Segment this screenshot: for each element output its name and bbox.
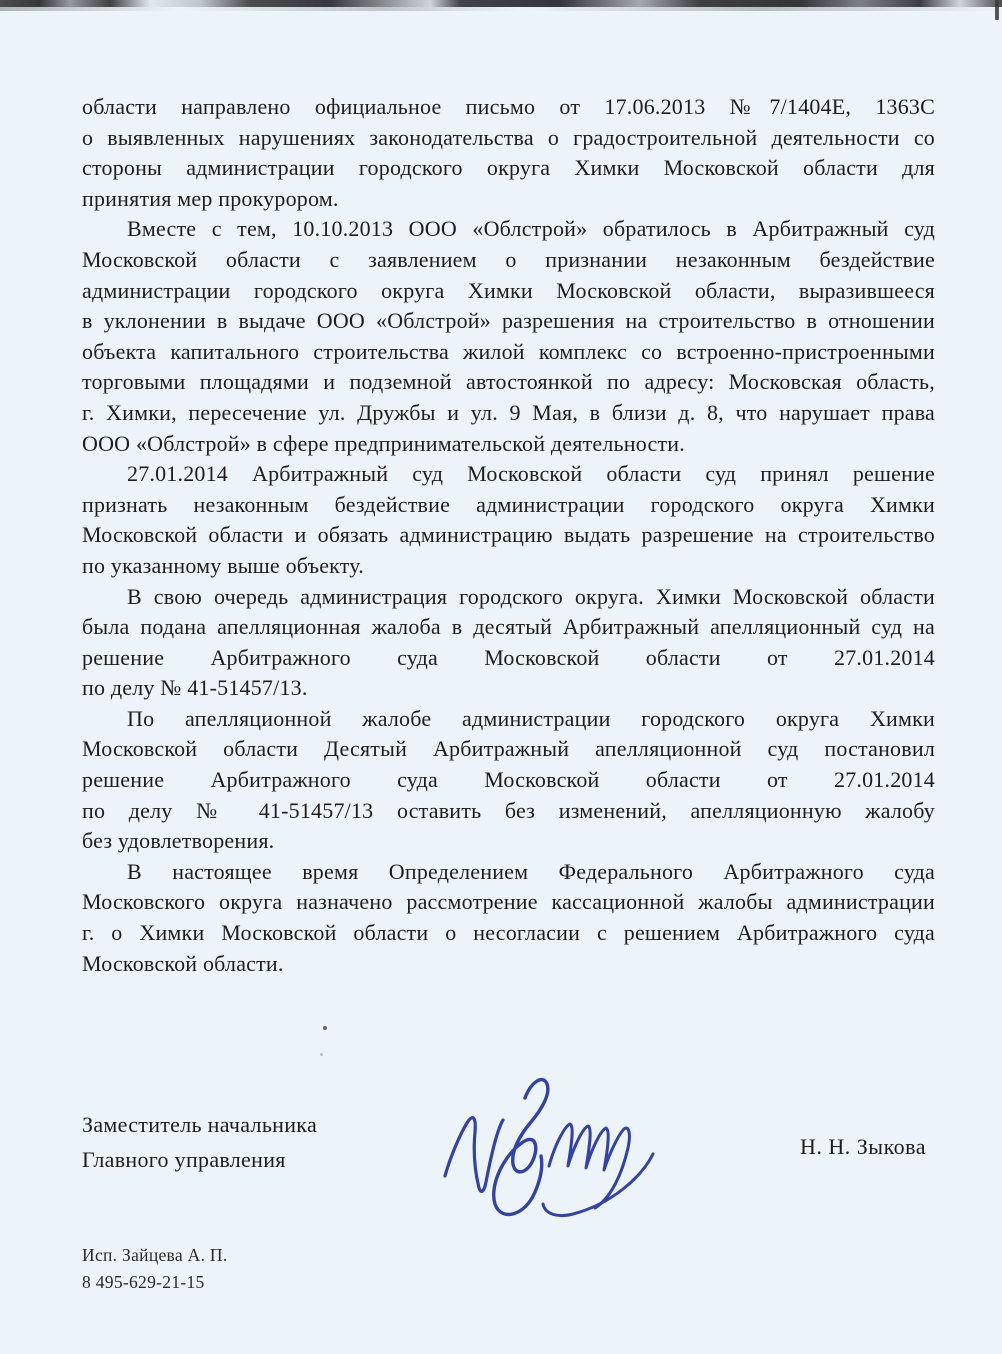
text-line: По апелляционной жалобе администрации го… [82, 704, 935, 735]
text-line: принятия мер прокурором. [82, 184, 935, 215]
scan-corner-artifact [995, 0, 999, 20]
text-line: ООО «Облстрой» в сфере предпринимательск… [82, 429, 935, 460]
scan-edge-artifact [0, 0, 1002, 7]
speck-artifact-faint [320, 1053, 323, 1056]
signer-role-line1: Заместитель начальника [82, 1112, 317, 1138]
text-line: без удовлетворения. [82, 826, 935, 857]
text-line: признать незаконным бездействие админист… [82, 490, 935, 521]
text-line: объекта капитального строительства жилой… [82, 337, 935, 368]
text-line: Московской области и обязать администрац… [82, 520, 935, 551]
signer-role-line2: Главного управления [82, 1147, 286, 1173]
text-line: Московской области Десятый Арбитражный а… [82, 734, 935, 765]
text-line: Вместе с тем, 10.10.2013 ООО «Облстрой» … [82, 214, 935, 245]
scanned-document-page: области направлено официальное письмо от… [0, 0, 1002, 1354]
speck-artifact [323, 1026, 327, 1030]
paragraph: 27.01.2014 Арбитражный суд Московской об… [82, 459, 935, 581]
scan-edge-artifact-fade [0, 7, 1002, 11]
text-line: г. о Химки Московской области о несоглас… [82, 918, 935, 949]
text-line: торговыми площадями и подземной автостоя… [82, 367, 935, 398]
text-line: по делу № 41-51457/13. [82, 673, 935, 704]
text-line: стороны администрации городского округа … [82, 153, 935, 184]
text-line: Московской области с заявлением о призна… [82, 245, 935, 276]
text-line: г. Химки, пересечение ул. Дружбы и ул. 9… [82, 398, 935, 429]
text-line: была подана апелляционная жалоба в десят… [82, 612, 935, 643]
text-line: по делу № 41-51457/13 оставить без измен… [82, 796, 935, 827]
paragraph: По апелляционной жалобе администрации го… [82, 704, 935, 857]
signature-ink [425, 1058, 675, 1223]
text-line: в уклонении в выдаче ООО «Облстрой» разр… [82, 306, 935, 337]
text-line: области направлено официальное письмо от… [82, 92, 935, 123]
signer-name: Н. Н. Зыкова [800, 1134, 926, 1160]
text-line: В настоящее время Определением Федеральн… [82, 857, 935, 888]
text-line: В свою очередь администрация городского … [82, 582, 935, 613]
text-line: администрации городского округа Химки Мо… [82, 276, 935, 307]
executor-name: Исп. Зайцева А. П. [82, 1242, 228, 1269]
text-line: решение Арбитражного суда Московской обл… [82, 643, 935, 674]
footer: Исп. Зайцева А. П. 8 495-629-21-15 [82, 1242, 228, 1296]
text-line: Московской области. [82, 949, 935, 980]
paragraph: области направлено официальное письмо от… [82, 92, 935, 214]
paragraph: Вместе с тем, 10.10.2013 ООО «Облстрой» … [82, 214, 935, 459]
text-line: решение Арбитражного суда Московской обл… [82, 765, 935, 796]
executor-phone: 8 495-629-21-15 [82, 1269, 228, 1296]
document-text: области направлено официальное письмо от… [82, 92, 935, 979]
text-line: о выявленных нарушениях законодательства… [82, 123, 935, 154]
text-line: по указанному выше объекту. [82, 551, 935, 582]
text-line: 27.01.2014 Арбитражный суд Московской об… [82, 459, 935, 490]
paragraph: В свою очередь администрация городского … [82, 582, 935, 704]
text-line: Московского округа назначено рассмотрени… [82, 887, 935, 918]
paragraph: В настоящее время Определением Федеральн… [82, 857, 935, 979]
